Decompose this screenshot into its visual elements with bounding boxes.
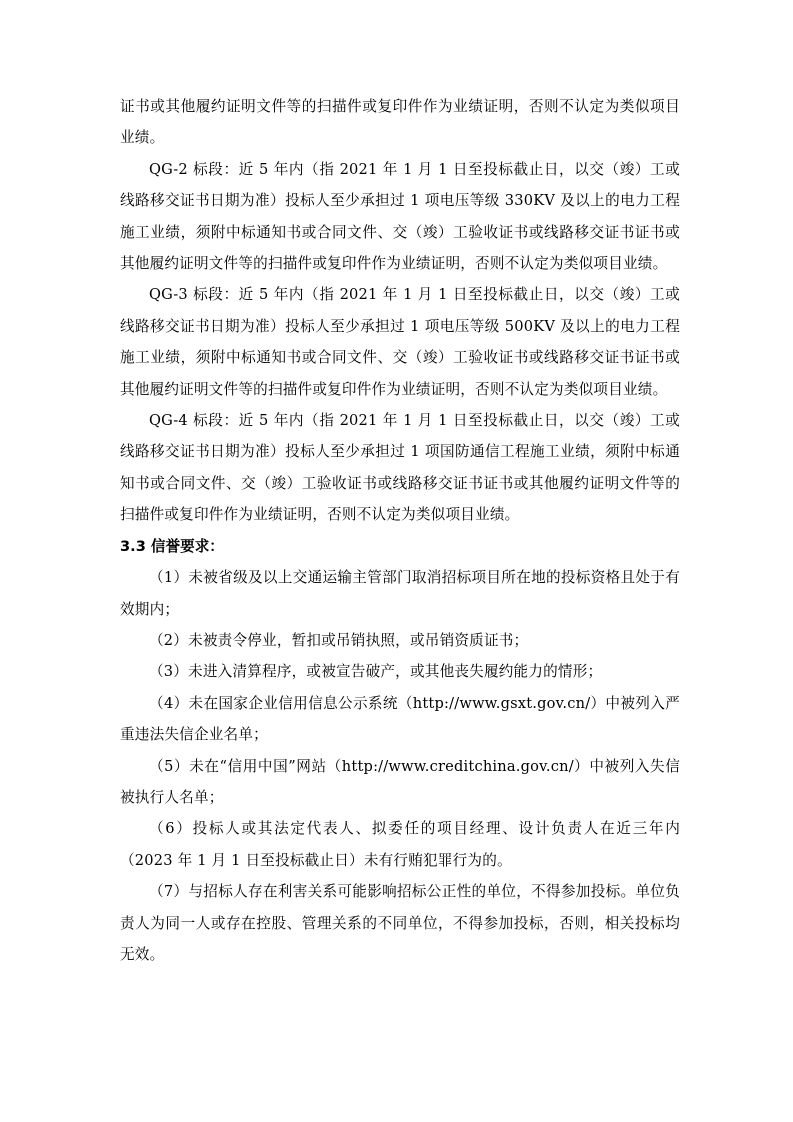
qg2-requirement-paragraph: QG-2 标段：近 5 年内（指 2021 年 1 月 1 日至投标截止日，以交…	[120, 154, 680, 280]
reputation-item-1: （1）未被省级及以上交通运输主管部门取消招标项目所在地的投标资格且处于有效期内；	[120, 562, 680, 625]
reputation-item-3: （3）未进入清算程序，或被宣告破产，或其他丧失履约能力的情形；	[120, 656, 680, 687]
document-page: 证书或其他履约证明文件等的扫描件或复印件作为业绩证明，否则不认定为类似项目业绩。…	[120, 91, 680, 970]
continuation-paragraph: 证书或其他履约证明文件等的扫描件或复印件作为业绩证明，否则不认定为类似项目业绩。	[120, 91, 680, 154]
reputation-item-6: （6）投标人或其法定代表人、拟委任的项目经理、设计负责人在近三年内（2023 年…	[120, 813, 680, 876]
reputation-item-4: （4）未在国家企业信用信息公示系统（http://www.gsxt.gov.cn…	[120, 688, 680, 751]
section-heading-reputation: 3.3 信誉要求：	[120, 531, 680, 562]
reputation-item-7: （7）与招标人存在利害关系可能影响招标公正性的单位，不得参加投标。单位负责人为同…	[120, 876, 680, 970]
qg4-requirement-paragraph: QG-4 标段：近 5 年内（指 2021 年 1 月 1 日至投标截止日，以交…	[120, 405, 680, 531]
reputation-item-2: （2）未被责令停业，暂扣或吊销执照，或吊销资质证书；	[120, 625, 680, 656]
qg3-requirement-paragraph: QG-3 标段：近 5 年内（指 2021 年 1 月 1 日至投标截止日，以交…	[120, 279, 680, 405]
reputation-item-5: （5）未在“信用中国”网站（http://www.creditchina.gov…	[120, 751, 680, 814]
